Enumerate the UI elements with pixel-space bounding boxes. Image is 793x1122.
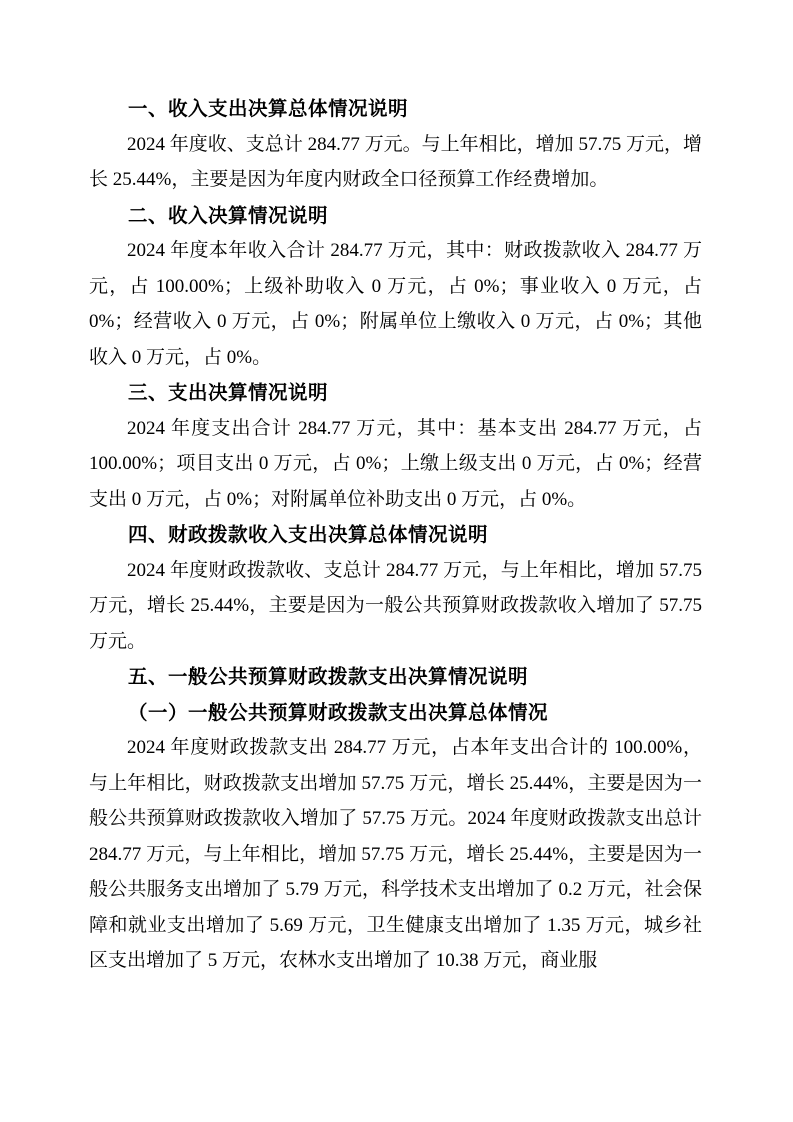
section-1-paragraph: 2024 年度收、支总计 284.77 万元。与上年相比，增加 57.75 万元… xyxy=(89,127,702,198)
section-2-paragraph: 2024 年度本年收入合计 284.77 万元，其中：财政拨款收入 284.77… xyxy=(89,233,702,375)
section-3-heading: 三、支出决算情况说明 xyxy=(89,375,702,411)
section-2-heading: 二、收入决算情况说明 xyxy=(89,198,702,234)
section-5-paragraph: 2024 年度财政拨款支出 284.77 万元，占本年支出合计的 100.00%… xyxy=(89,730,702,979)
section-1-heading: 一、收入支出决算总体情况说明 xyxy=(89,91,702,127)
section-4-heading: 四、财政拨款收入支出决算总体情况说明 xyxy=(89,517,702,553)
section-5-subheading: （一）一般公共预算财政拨款支出决算总体情况 xyxy=(89,695,702,731)
section-3-paragraph: 2024 年度支出合计 284.77 万元，其中：基本支出 284.77 万元，… xyxy=(89,411,702,518)
section-5-heading: 五、一般公共预算财政拨款支出决算情况说明 xyxy=(89,659,702,695)
document-content: 一、收入支出决算总体情况说明 2024 年度收、支总计 284.77 万元。与上… xyxy=(89,91,702,979)
section-4-paragraph: 2024 年度财政拨款收、支总计 284.77 万元，与上年相比，增加 57.7… xyxy=(89,553,702,660)
document-page: 一、收入支出决算总体情况说明 2024 年度收、支总计 284.77 万元。与上… xyxy=(0,0,793,1122)
